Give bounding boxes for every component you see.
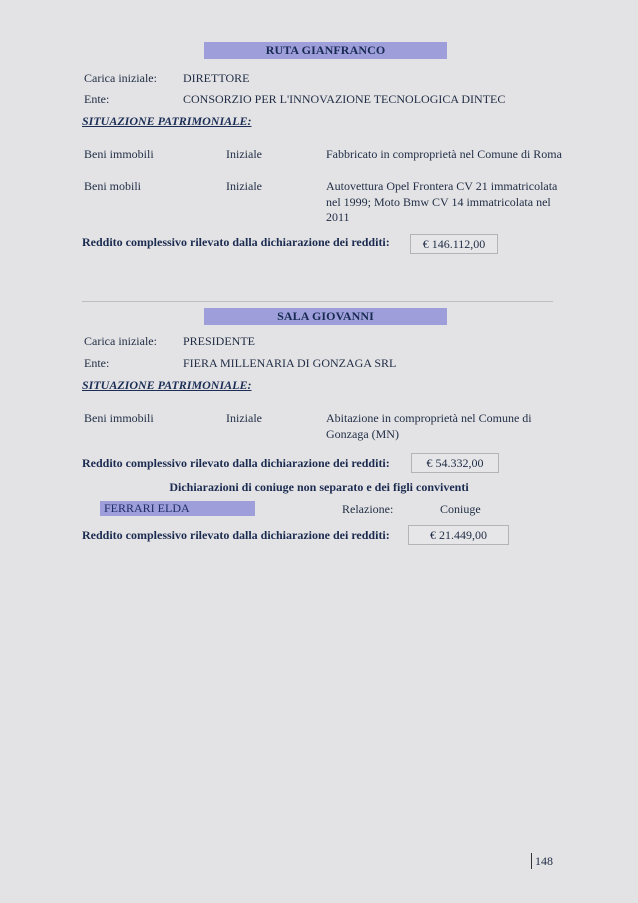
asset-type: Beni immobili <box>84 411 154 426</box>
page-number: 148 <box>531 853 553 869</box>
asset-status: Iniziale <box>226 147 262 162</box>
ente-label: Ente: <box>84 356 109 371</box>
income-value-box: € 146.112,00 <box>410 234 498 254</box>
income-value-box: € 54.332,00 <box>411 453 499 473</box>
asset-description: Fabbricato in comproprietà nel Comune di… <box>326 147 566 163</box>
income-label: Reddito complessivo rilevato dalla dichi… <box>82 456 390 471</box>
ente-value: FIERA MILLENARIA DI GONZAGA SRL <box>183 356 396 371</box>
asset-status: Iniziale <box>226 179 262 194</box>
carica-value: PRESIDENTE <box>183 334 255 349</box>
relative-income-value-box: € 21.449,00 <box>408 525 509 545</box>
carica-label: Carica iniziale: <box>84 334 157 349</box>
person-name-header: SALA GIOVANNI <box>204 308 447 325</box>
income-label: Reddito complessivo rilevato dalla dichi… <box>82 235 390 250</box>
section-title-situazione-patrimoniale: SITUAZIONE PATRIMONIALE: <box>82 378 251 393</box>
relation-value: Coniuge <box>440 502 481 517</box>
section-title-situazione-patrimoniale: SITUAZIONE PATRIMONIALE: <box>82 114 251 129</box>
ente-value: CONSORZIO PER L'INNOVAZIONE TECNOLOGICA … <box>183 92 505 107</box>
relative-income-label: Reddito complessivo rilevato dalla dichi… <box>82 528 390 543</box>
asset-description: Autovettura Opel Frontera CV 21 immatric… <box>326 179 562 226</box>
relation-label: Relazione: <box>342 502 393 517</box>
asset-type: Beni mobili <box>84 179 141 194</box>
person-name-header: RUTA GIANFRANCO <box>204 42 447 59</box>
carica-label: Carica iniziale: <box>84 71 157 86</box>
section-divider <box>82 301 553 302</box>
ente-label: Ente: <box>84 92 109 107</box>
relative-name: FERRARI ELDA <box>100 501 255 516</box>
asset-type: Beni immobili <box>84 147 154 162</box>
asset-status: Iniziale <box>226 411 262 426</box>
carica-value: DIRETTORE <box>183 71 249 86</box>
asset-description: Abitazione in comproprietà nel Comune di… <box>326 411 541 442</box>
family-declarations-heading: Dichiarazioni di coniuge non separato e … <box>0 480 638 495</box>
